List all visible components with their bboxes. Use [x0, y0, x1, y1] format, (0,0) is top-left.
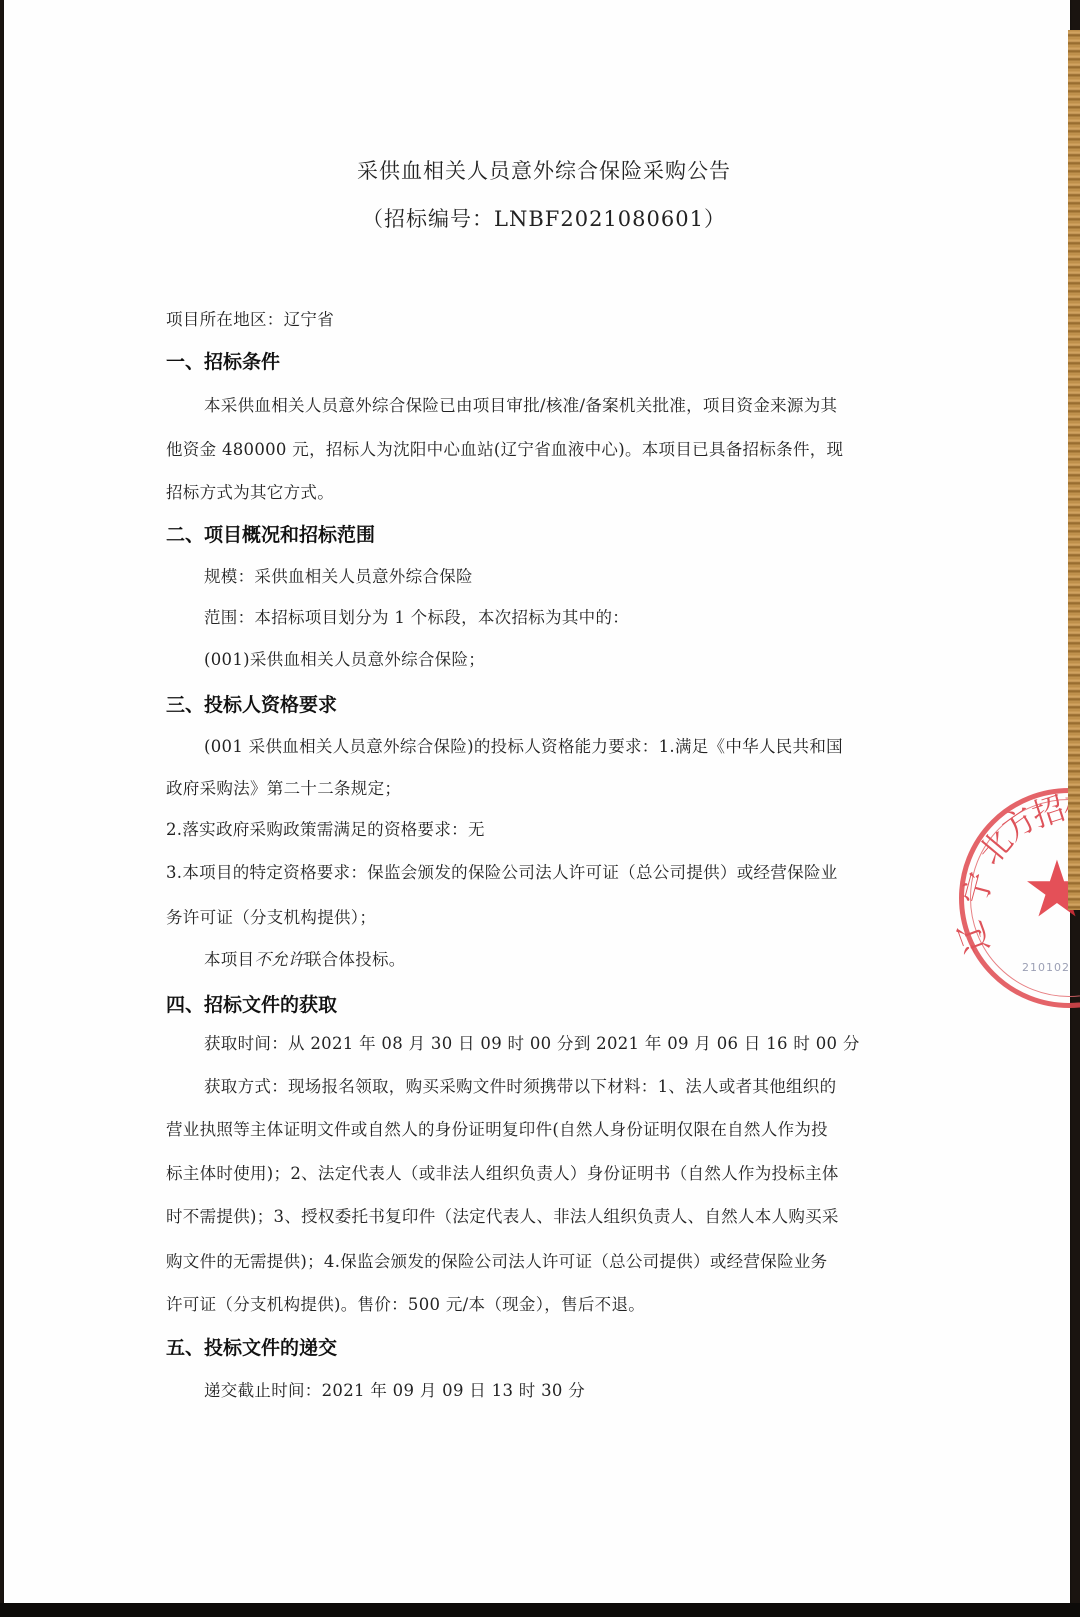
stamp-code: 210102 — [1022, 961, 1070, 974]
section-3-line-4: 3.本项目的特定资格要求：保监会颁发的保险公司法人许可证（总公司提供）或经营保险… — [166, 859, 838, 883]
section-5-deadline: 递交截止时间：2021 年 09 月 09 日 13 时 30 分 — [204, 1377, 585, 1401]
section-heading-3: 三、投标人资格要求 — [166, 690, 337, 717]
section-4-price: 许可证（分支机构提供)。售价：500 元/本（现金），售后不退。 — [166, 1291, 645, 1315]
consortium-suffix: 联合体投标。 — [305, 950, 406, 969]
section-2-scale: 规模：采供血相关人员意外综合保险 — [204, 563, 473, 587]
section-3-line-3: 2.落实政府采购政策需满足的资格要求：无 — [166, 816, 485, 840]
section-3-line-1: (001 采供血相关人员意外综合保险)的投标人资格能力要求：1.满足《中华人民共… — [204, 733, 843, 757]
section-3-line-2: 政府采购法》第二十二条规定； — [166, 775, 401, 799]
section-4-method-3: 标主体时使用)；2、法定代表人（或非法人组织负责人）身份证明书（自然人作为投标主… — [166, 1160, 839, 1184]
section-heading-4: 四、招标文件的获取 — [166, 990, 337, 1017]
section-3-line-5: 务许可证（分支机构提供）； — [166, 904, 376, 928]
section-4-time: 获取时间：从 2021 年 08 月 30 日 09 时 00 分到 2021 … — [204, 1030, 860, 1054]
region-line: 项目所在地区：辽宁省 — [166, 306, 334, 330]
bid-number: （招标编号：LNBF2021080601） — [4, 203, 1080, 233]
section-1-line-2: 他资金 480000 元，招标人为沈阳中心血站(辽宁省血液中心)。本项目已具备招… — [166, 436, 843, 460]
section-heading-5: 五、投标文件的递交 — [166, 1333, 337, 1360]
official-seal-stamp: 辽 宁 北 方 招 标 ★ 210102 — [959, 788, 1080, 1008]
consortium-prefix: 本项目 — [204, 950, 254, 969]
section-heading-1: 一、招标条件 — [166, 347, 280, 374]
section-1-line-3: 招标方式为其它方式。 — [166, 479, 334, 503]
document-page: 采供血相关人员意外综合保险采购公告 （招标编号：LNBF2021080601） … — [4, 0, 1070, 1604]
section-heading-2: 二、项目概况和招标范围 — [166, 520, 375, 547]
section-2-lot: (001)采供血相关人员意外综合保险； — [204, 646, 485, 670]
section-1-line-1: 本采供血相关人员意外综合保险已由项目审批/核准/备案机关批准，项目资金来源为其 — [204, 392, 837, 416]
consortium-not-allowed: 不允许 — [254, 950, 304, 969]
bottom-edge-shadow — [0, 1603, 1080, 1617]
wood-background — [1068, 30, 1080, 910]
section-4-method-4: 时不需提供)；3、授权委托书复印件（法定代表人、非法人组织负责人、自然人本人购买… — [166, 1203, 839, 1227]
section-4-method-2: 营业执照等主体证明文件或自然人的身份证明复印件(自然人身份证明仅限在自然人作为投 — [166, 1116, 828, 1140]
section-3-consortium-line: 本项目不允许联合体投标。 — [204, 946, 406, 970]
section-4-method-5: 购文件的无需提供)；4.保监会颁发的保险公司法人许可证（总公司提供）或经营保险业… — [166, 1248, 827, 1272]
section-4-method-1: 获取方式：现场报名领取，购买采购文件时须携带以下材料：1、法人或者其他组织的 — [204, 1073, 836, 1097]
document-title: 采供血相关人员意外综合保险采购公告 — [4, 155, 1080, 185]
section-2-scope: 范围：本招标项目划分为 1 个标段，本次招标为其中的： — [204, 604, 629, 628]
